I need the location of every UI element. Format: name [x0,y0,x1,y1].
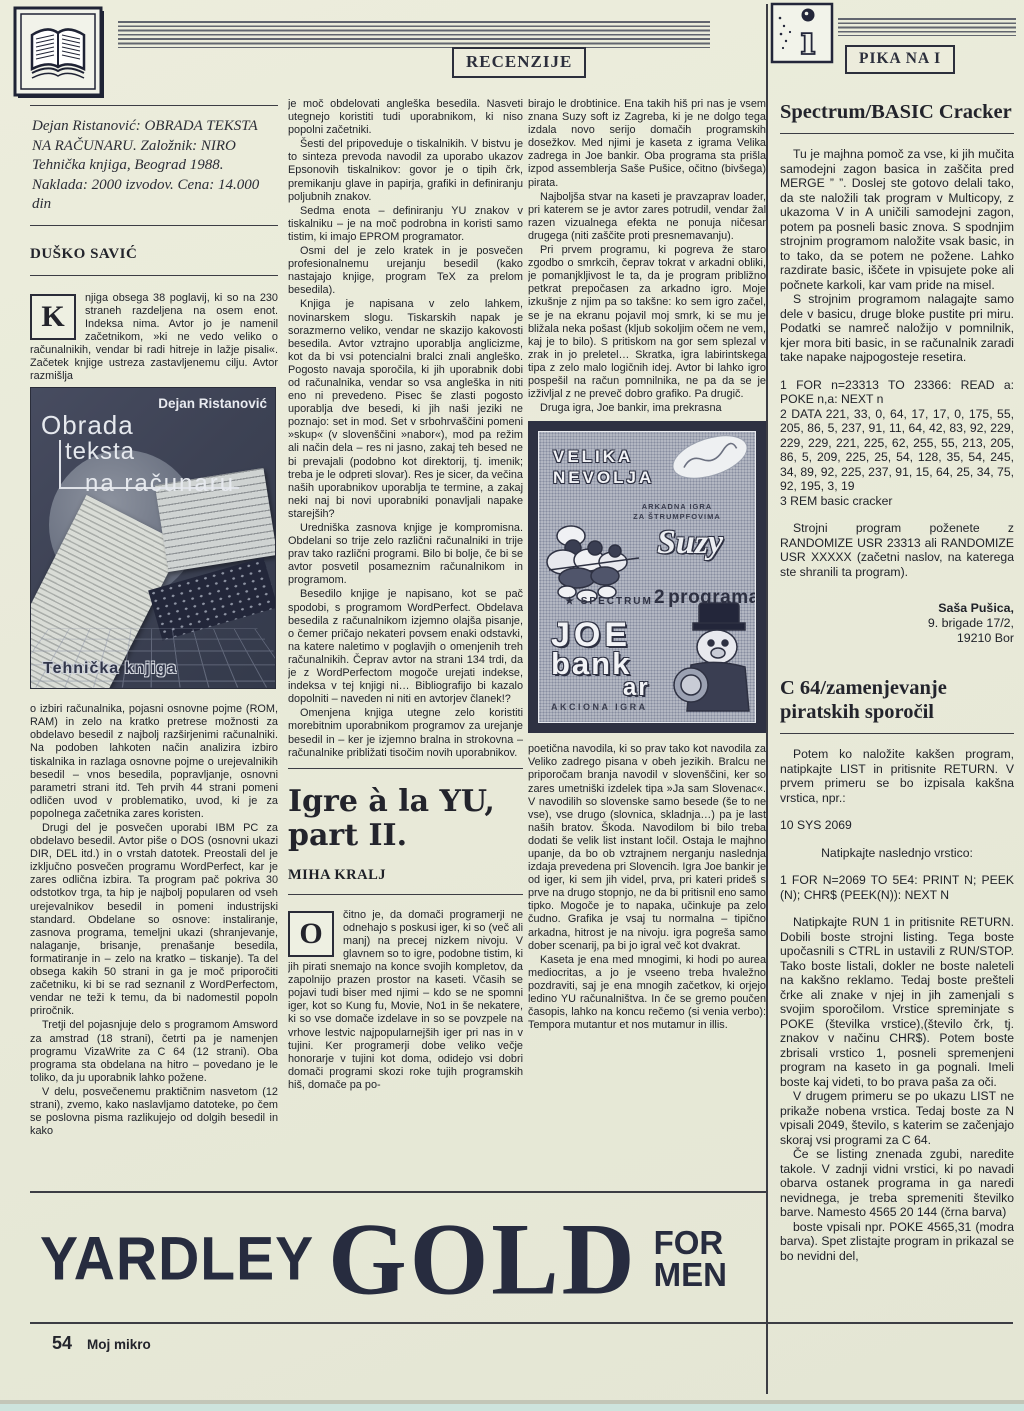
column-divider [766,4,768,1394]
cover-grid-floor [30,629,276,688]
header-stripes-right [838,18,1016,36]
instruction-line: Natipkajte naslednjo vrstico: [780,846,1014,861]
svg-text:ı: ı [800,17,815,64]
cover-title-line3: na računaru [85,470,235,498]
pika-na-i-section-label: PIKA NA I [845,45,955,74]
paragraph: Natipkajte RUN 1 in pritisnite RETURN. D… [780,915,1014,1089]
book-review-col1-text: o izbiri računalnika, pojasni osnovne po… [30,703,278,1138]
dropcap-letter: K [30,294,76,340]
paragraph: V drugem primeru se po ukazu LIST ne pri… [780,1089,1014,1147]
c64-article-text-1: Potem ko naložite kakšen program, natipk… [780,747,1014,805]
code-line: 1 FOR n=23313 TO 23366: READ a: POKE n,a… [780,378,1014,407]
book-icon [12,5,108,102]
footer-rule [30,1322,1013,1324]
paragraph: birajo le drobtinice. Ena takih hiš pri … [528,98,766,190]
cassette-platform-label: ★ SPECTRUM [565,596,653,607]
cover-publisher: Tehnička knjiga [43,660,177,678]
cover-title-line1: Obrada [41,410,134,441]
signature-line: Saša Pušica, [780,601,1014,616]
games-article-author: MIHA KRALJ [288,867,523,895]
code-line: 3 REM basic cracker [780,494,1014,509]
cassette-game2-title-line3: ar [623,674,650,702]
dropcap-letter: O [288,911,334,957]
paragraph: poetična navodila, ki so prav tako kot n… [528,743,766,953]
column-2: je moč obdelovati angleška besedila. Nas… [288,98,523,1191]
cover-author: Dejan Ristanović [158,396,267,411]
paragraph: V delu, posvečenemu praktičnim nasvetom … [30,1086,278,1138]
paragraph: Potem ko naložite kakšen program, natipk… [780,747,1014,805]
column-4-pika-na-i: Spectrum/BASIC Cracker Tu je majhna pomo… [780,100,1014,1318]
book-cover-image: Dejan Ristanović Obrada teksta na računa… [30,387,276,689]
paragraph: Tretji del pojasnjuje delo s programom A… [30,1019,278,1084]
signature-line: 9. brigade 17/2, [780,616,1014,631]
recenzije-section-label: RECENZIJE [452,47,586,78]
spectrum-article-text: Tu je majhna pomoč za vse, ki jih mučita… [780,147,1014,365]
basic-listing: 1 FOR n=23313 TO 23366: READ a: POKE n,a… [780,378,1014,509]
columns-bottom-rule [30,1191,766,1193]
dropcap-paragraph: Očitno je, da domači programerji ne odne… [288,909,523,1092]
paragraph: Tu je majhna pomoč za vse, ki jih mučita… [780,147,1014,292]
paragraph: S strojnim programom nalagajte samo dele… [780,292,1014,365]
cassette-brand-logo: Suzy [657,524,723,562]
ad-brand: YARDLEY [40,1223,314,1294]
games-article-intro: Očitno je, da domači programerji ne odne… [288,909,523,1092]
games-article-header: Igre à la YU,part II. MIHA KRALJ [288,768,523,895]
column-1: Dejan Ristanović: OBRADA TEKSTA NA RAČUN… [30,105,278,1191]
column-3: birajo le drobtinice. Ena takih hiš pri … [528,98,766,1191]
paragraph: Drugi del je posvečen uporabi IBM PC za … [30,822,278,1018]
paragraph: Knjiga je napisana v zelo lahkem, novina… [288,298,523,521]
code-line: 10 SYS 2069 [780,818,1014,833]
cassette-inner: VELIKANEVOLJA ARKADNA IGRAZA ŠTRUMPFOVIM… [538,431,756,723]
ad-product: GOLD [328,1200,637,1318]
paragraph: boste vpisali npr. POKE 4565,31 (modra b… [780,1220,1014,1264]
spectrum-basic-cracker-title: Spectrum/BASIC Cracker [780,100,1014,134]
spectrum-article-closing: Strojni program poženete z RANDOMIZE USR… [780,521,1014,579]
book-review-intro: Knjiga obsega 38 poglavij, ki so na 230 … [30,292,278,384]
paragraph: Osmi del je zelo kratek in je posvečen p… [288,245,523,297]
signature-line: 19210 Bor [780,631,1014,646]
c64-listing-1: 10 SYS 2069 [780,818,1014,833]
paragraph: Če se listing znenada zgubi, naredite ta… [780,1147,1014,1220]
cassette-game2-title-line2: bank [551,650,631,678]
header-stripes-left [118,21,710,48]
paragraph: Besedilo knjige je napisano, kot se pač … [288,588,523,706]
banker-illustration [661,601,753,718]
book-review-author: DUŠKO SAVIĆ [30,246,278,276]
paragraph: Uredniška zasnova knjige je kompromisna.… [288,522,523,587]
dropcap-paragraph: Knjiga obsega 38 poglavij, ki so na 230 … [30,292,278,384]
code-line: 2 DATA 221, 33, 0, 64, 17, 17, 0, 175, 5… [780,407,1014,494]
author-signature: Saša Pušica,9. brigade 17/2,19210 Bor [780,601,1014,646]
paragraph: Pri prvem programu, ki pogreva že staro … [528,244,766,401]
cassette-cover-image: VELIKANEVOLJA ARKADNA IGRAZA ŠTRUMPFOVIM… [528,421,766,733]
pika-na-i-icon: ı [770,2,834,64]
page-footer: 54 Moj mikro [52,1333,151,1354]
scan-edge [0,1404,1024,1411]
c64-article-title: C 64/zamenjevanjepiratskih sporočil [780,676,1014,734]
c64-listing-2: 1 FOR N=2069 TO 5E4: PRINT N; PEEK (N); … [780,873,1014,902]
cover-title-line [59,440,61,488]
games-col3-text-top: birajo le drobtinice. Ena takih hiš pri … [528,98,766,415]
paragraph: Omenjena knjiga utegne zelo koristiti mo… [288,707,523,759]
games-article-title: Igre à la YU,part II. [288,785,523,853]
paragraph: Šesti del pripoveduje o tiskalnikih. V b… [288,138,523,203]
code-line: 1 FOR N=2069 TO 5E4: PRINT N; PEEK (N); … [780,873,1014,902]
yardley-gold-ad: YARDLEY GOLD FORMEN [40,1203,762,1315]
paragraph: Kaseta je ena med mnogimi, ki hodi po au… [528,954,766,1033]
cassette-game1-title: VELIKANEVOLJA [553,446,654,488]
paragraph: Druga igra, Joe bankir, ima prekrasna [528,402,766,415]
cover-title-line2: teksta [65,438,135,466]
book-info-block: Dejan Ristanović: OBRADA TEKSTA NA RAČUN… [30,105,278,226]
paragraph: je moč obdelovati angleška besedila. Nas… [288,98,523,137]
paragraph: Sedma enota – definiranju YU znakov v ti… [288,205,523,244]
paragraph: Strojni program poženete z RANDOMIZE USR… [780,521,1014,579]
book-review-col2-text: je moč obdelovati angleška besedila. Nas… [288,98,523,760]
c64-article-text-2: Natipkajte RUN 1 in pritisnite RETURN. D… [780,915,1014,1263]
games-col3-text-bottom: poetična navodila, ki so prav tako kot n… [528,743,766,1032]
c64-center-instruction: Natipkajte naslednjo vrstico: [780,846,1014,861]
paragraph: o izbiri računalnika, pojasni osnovne po… [30,703,278,821]
cassette-genre-label: AKCIONA IGRA [551,702,648,712]
magazine-name: Moj mikro [87,1337,151,1352]
page-number: 54 [52,1333,72,1354]
ad-for-men: FORMEN [654,1227,727,1291]
paragraph: Najboljša stvar na kaseti je pravzaprav … [528,191,766,243]
cassette-sticker-oval [667,431,753,487]
